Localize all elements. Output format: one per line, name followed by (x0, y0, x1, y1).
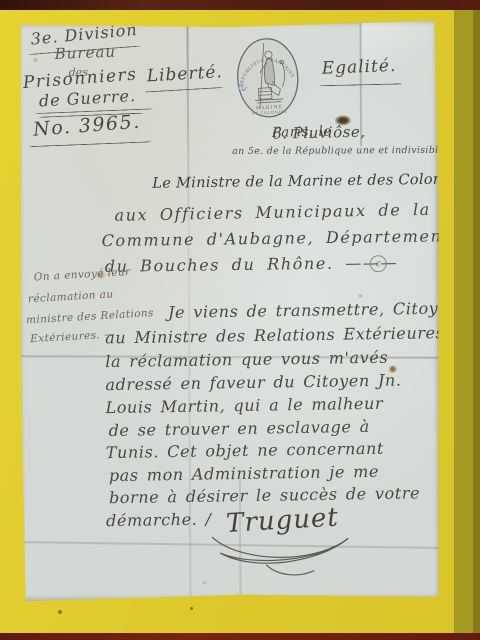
dateline-year: an 5e. de la République une et indivisib… (232, 145, 448, 157)
anchor-icon: ⚓ (237, 80, 249, 93)
underline-flourish (29, 141, 151, 147)
address-line: Commune d'Aubagne, Département (102, 226, 451, 250)
signature-paraph (206, 526, 356, 585)
body-line: borne à désirer le succès de votre (109, 483, 420, 507)
body-line: de se trouver en esclavage à (108, 417, 369, 440)
background-speck (190, 607, 193, 610)
margin-note-line: réclamation au (28, 288, 114, 305)
body-line: Louis Martin, qui a le malheur (105, 394, 383, 417)
body-line: Je viens de transmettre, Citoyens, (168, 298, 474, 322)
body-line: la réclamation que vous m'avés (105, 348, 388, 371)
dateline-date: 6. Pluviôse, (272, 123, 366, 143)
body-line: adressé en faveur du Citoyen Jn. (105, 371, 401, 395)
margin-note-line: ministre des Relations (26, 307, 154, 326)
body-line: Tunis. Cet objet ne concernant (106, 439, 385, 462)
document-number: No. 3965. (32, 111, 141, 141)
circled-annotation: c (370, 255, 387, 272)
bureau-label: Bureau (54, 43, 116, 63)
photo-edge-right-dark (473, 0, 480, 640)
body-line: au Ministre des Relations Extérieures (105, 323, 445, 347)
photo-edge-top (0, 0, 480, 10)
paper-stain (358, 293, 363, 298)
address-line: du Bouches du Rhône. ——— (105, 253, 399, 276)
photo-edge-bottom (0, 633, 480, 640)
paper-stain (33, 57, 39, 63)
ministry-seal: REPUBLIQUE FRANCAISE ⚓ MARINE ET COLONIE… (231, 34, 304, 122)
body-line: démarche. / (106, 510, 212, 531)
motto-egalite: Egalité. (321, 56, 396, 79)
margin-note-line: Extérieures. — (30, 328, 115, 345)
margin-note-line: On a envoyé leur (34, 266, 131, 284)
motto-liberte: Liberté. (146, 62, 223, 86)
letter-document: 3e. Division Bureau des Prisonniers de G… (18, 21, 440, 601)
letter-title: Le Ministre de la Marine et des Colonies… (152, 171, 469, 191)
photo-background: 3e. Division Bureau des Prisonniers de G… (0, 0, 480, 640)
address-line: aux Officiers Municipaux de la (114, 200, 431, 225)
underline-flourish (145, 87, 223, 92)
background-speck (58, 610, 62, 614)
body-line: pas mon Administration je me (109, 462, 379, 485)
